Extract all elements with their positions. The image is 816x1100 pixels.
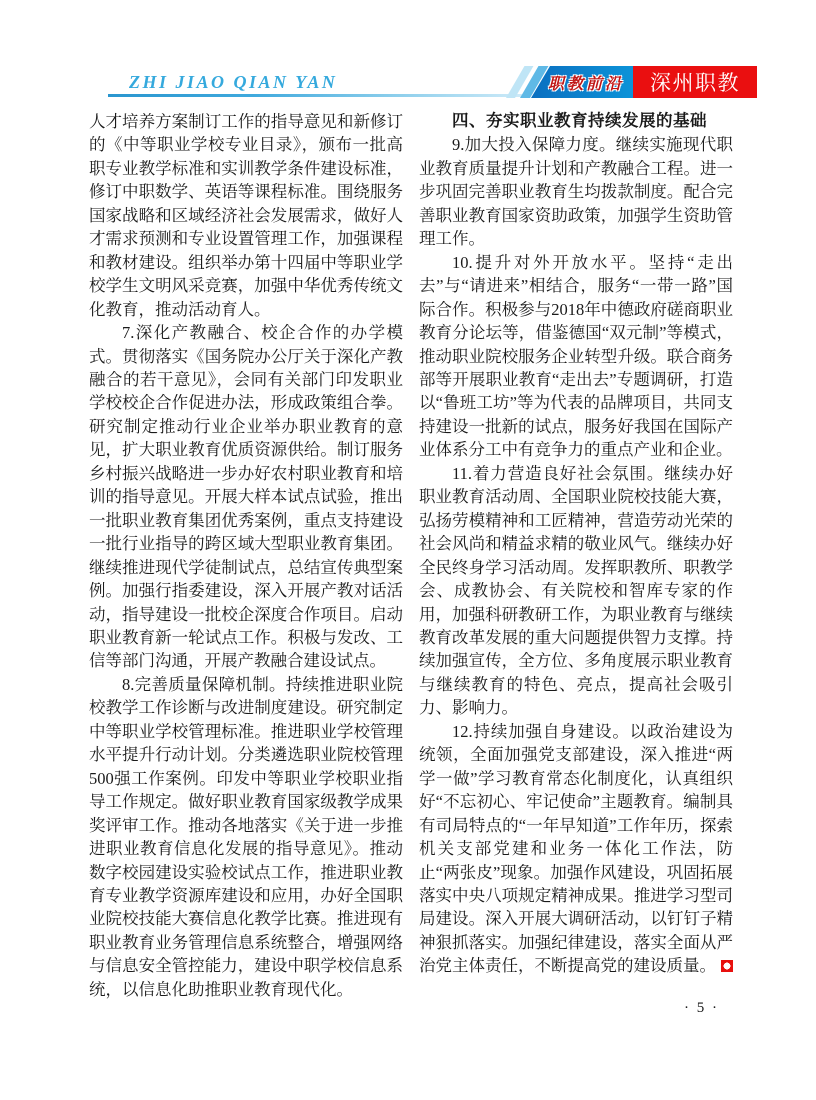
article-end-icon xyxy=(721,960,733,972)
paragraph-item-12: 12.持续加强自身建设。以政治建设为统领，全面加强党支部建设，深入推进“两学一做… xyxy=(419,720,733,978)
header-rule xyxy=(108,94,522,97)
paragraph-item-10: 10.提升对外开放水平。坚持“走出去”与“请进来”相结合，服务“一带一路”国际合… xyxy=(419,251,733,462)
section-heading: 四、夯实职业教育持续发展的基础 xyxy=(419,110,733,133)
paragraph-text: 12.持续加强自身建设。以政治建设为统领，全面加强党支部建设，深入推进“两学一做… xyxy=(419,722,733,976)
right-text-column: 四、夯实职业教育持续发展的基础 9.加大投入保障力度。继续实施现代职业教育质量提… xyxy=(419,110,733,978)
journal-badge-label: 深州职教 xyxy=(650,67,740,97)
paragraph-item-7: 7.深化产教融合、校企合作的办学模式。贯彻落实《国务院办公厅关于深化产教融合的若… xyxy=(89,321,403,673)
page-number: · 5 · xyxy=(684,1000,719,1017)
column-badge-label: 职教前沿 xyxy=(548,71,624,94)
journal-badge-red: 深州职教 xyxy=(633,66,757,98)
column-badge-blue: 职教前沿 xyxy=(531,66,633,98)
journal-pinyin-title: ZHI JIAO QIAN YAN xyxy=(129,72,337,93)
paragraph-item-8: 8.完善质量保障机制。持续推进职业院校教学工作诊断与改进制度建设。研究制定中等职… xyxy=(89,673,403,1001)
left-text-column: 人才培养方案制订工作的指导意见和新修订的《中等职业学校专业目录》，颁布一批高职专… xyxy=(89,110,403,1001)
paragraph-continuation: 人才培养方案制订工作的指导意见和新修订的《中等职业学校专业目录》，颁布一批高职专… xyxy=(89,110,403,321)
paragraph-item-9: 9.加大投入保障力度。继续实施现代职业教育质量提升计划和产教融合工程。进一步巩固… xyxy=(419,133,733,250)
paragraph-item-11: 11.着力营造良好社会氛围。继续办好职业教育活动周、全国职业院校技能大赛，弘扬劳… xyxy=(419,462,733,720)
